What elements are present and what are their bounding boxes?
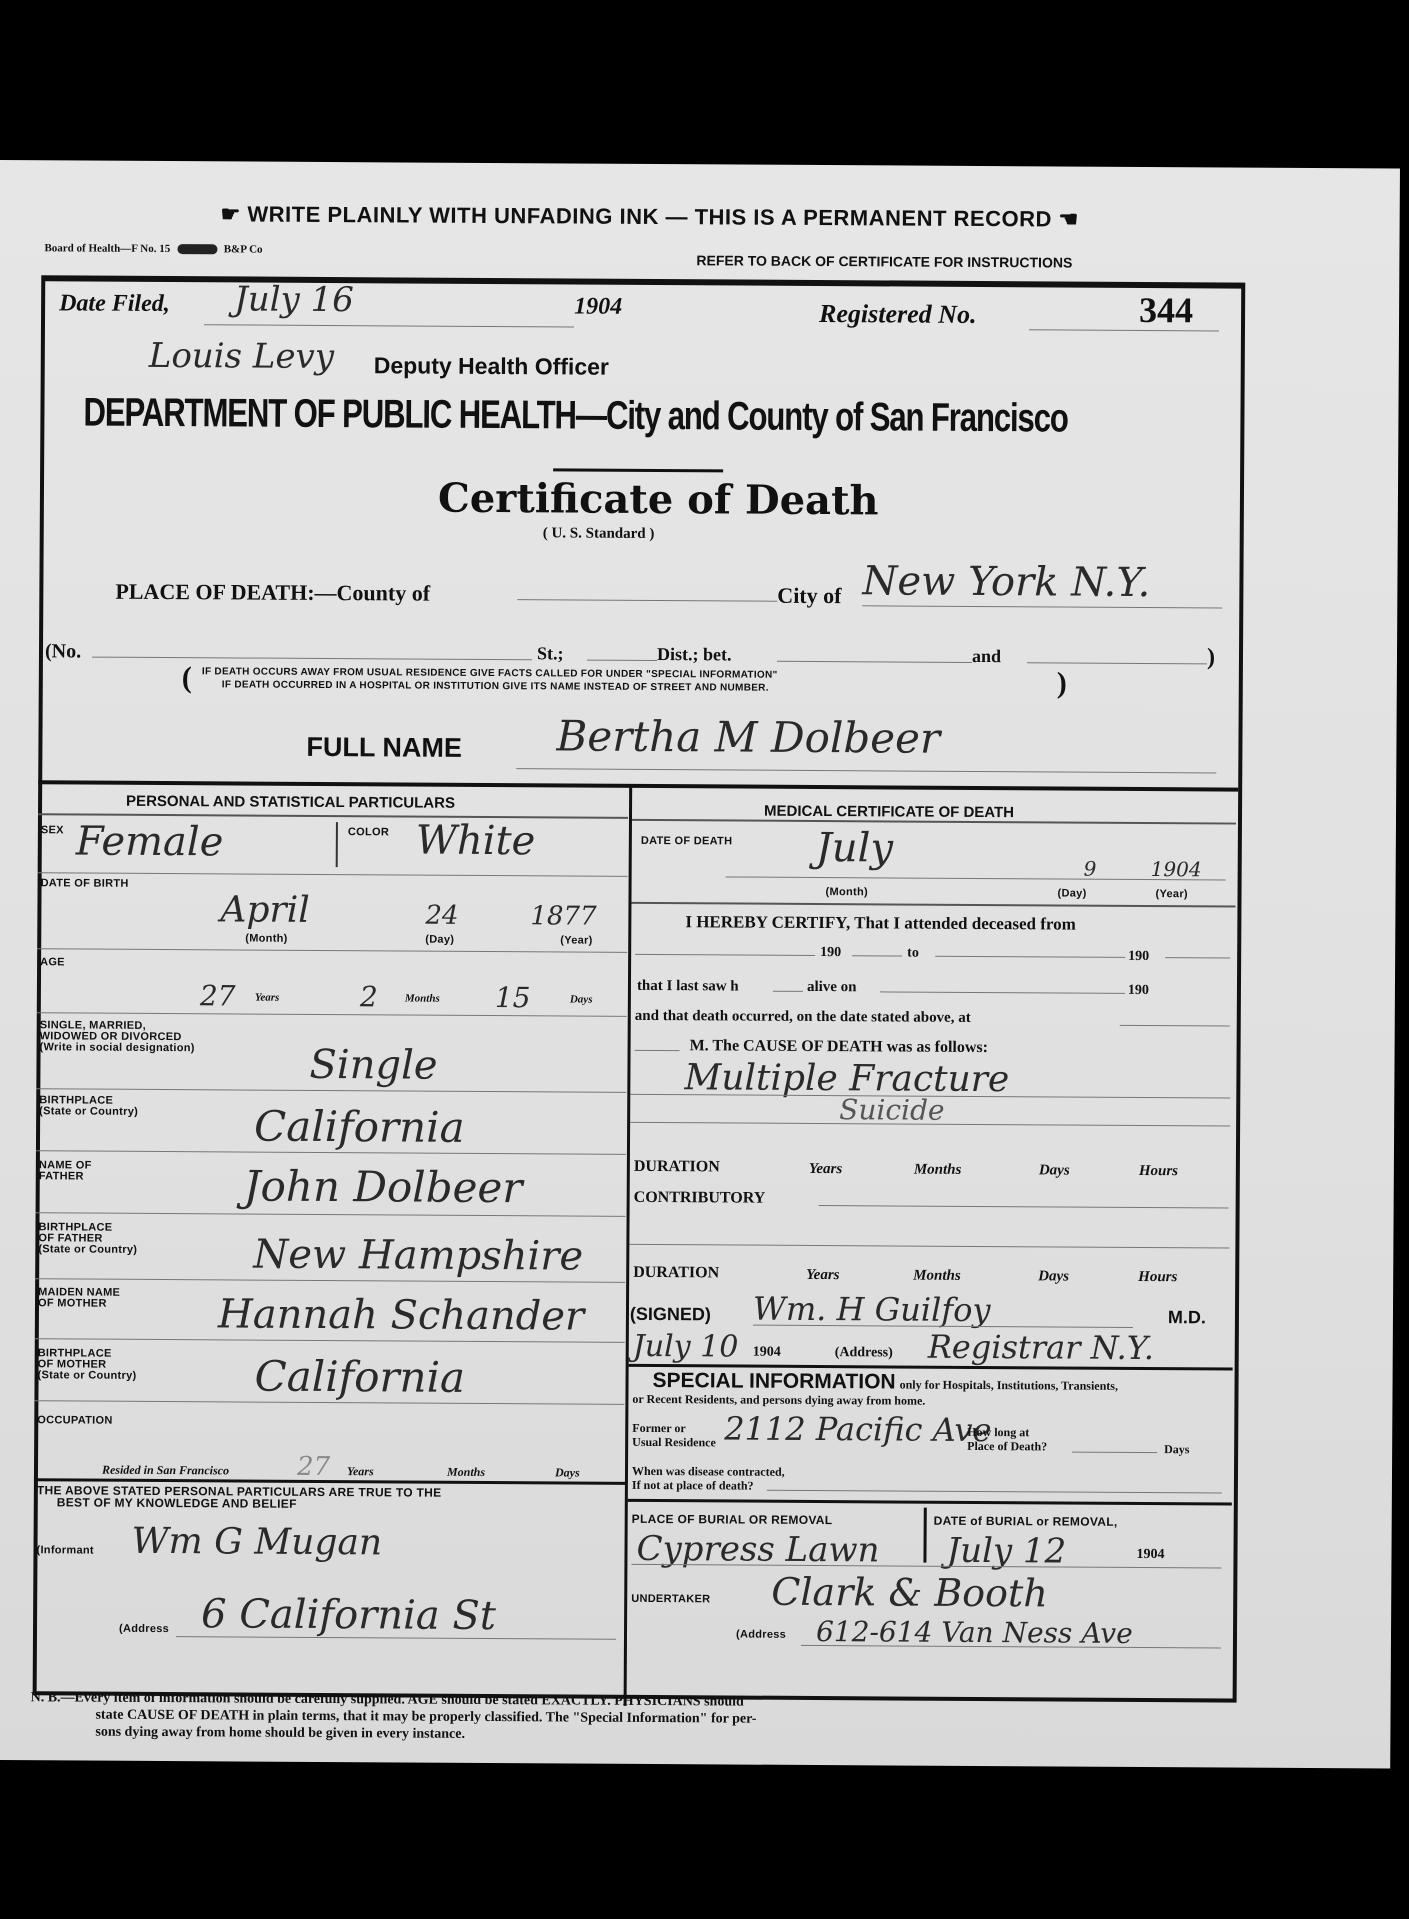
dob-month-caption: (Month) <box>245 934 287 945</box>
special-heading-note-2: or Recent Residents, and persons dying a… <box>632 1392 925 1409</box>
undertaker-address-label: (Address <box>736 1630 786 1641</box>
resided-label: Resided in San Francisco <box>102 1463 229 1479</box>
father-label-2: FATHER <box>39 1171 84 1182</box>
father-bp-label-3: (State or Country) <box>38 1244 137 1256</box>
registered-label: Registered No. <box>819 299 977 330</box>
officer-title: Deputy Health Officer <box>374 352 609 380</box>
undertaker-value: Clark & Booth <box>771 1570 1048 1616</box>
burial-date-label: DATE of BURIAL or REMOVAL, <box>934 1516 1118 1528</box>
dod-year: 1904 <box>1151 857 1202 881</box>
informant-value: Wm G Mugan <box>131 1521 382 1564</box>
how-long-days: Days <box>1164 1442 1189 1457</box>
dob-month: April <box>220 889 310 931</box>
paren-open: ( <box>182 661 192 695</box>
medical-address-label: (Address) <box>835 1345 893 1361</box>
cause-value-2: Suicide <box>839 1093 945 1127</box>
department-title: DEPARTMENT OF PUBLIC HEALTH—City and Cou… <box>83 391 1068 442</box>
burial-date-year: 1904 <box>1136 1547 1164 1563</box>
marital-label-3: (Write in social designation) <box>40 1042 195 1054</box>
medical-address-value: Registrar N.Y. <box>928 1328 1154 1367</box>
age-days: 15 <box>495 981 531 1014</box>
signed-year: 1904 <box>753 1345 781 1361</box>
duration-months-2: Months <box>913 1268 961 1285</box>
contracted-label-2: If not at place of death? <box>632 1478 754 1494</box>
resided-years-caption: Years <box>347 1464 374 1479</box>
dob-day-caption: (Day) <box>425 935 454 946</box>
printer-text: B&P Co <box>224 243 263 255</box>
sex-label: SEX <box>41 825 64 836</box>
resided-years: 27 <box>297 1452 330 1482</box>
age-days-caption: Days <box>570 993 593 1005</box>
duration-label-1: DURATION <box>634 1158 720 1177</box>
contributory-label: CONTRIBUTORY <box>634 1189 766 1208</box>
from-190: 190 <box>820 945 841 961</box>
mother-value: Hannah Schander <box>218 1291 584 1339</box>
duration-years-2: Years <box>806 1267 839 1284</box>
residence-label-1: Former or <box>632 1421 686 1436</box>
age-months: 2 <box>360 980 378 1013</box>
personal-heading: PERSONAL AND STATISTICAL PARTICULARS <box>126 793 455 812</box>
date-filed-label: Date Filed, <box>59 290 170 318</box>
officer-signature: Louis Levy <box>149 336 334 377</box>
death-certificate-paper: ☛ WRITE PLAINLY WITH UNFADING INK — THIS… <box>0 160 1400 1769</box>
paren-close-2: ) <box>1057 666 1067 700</box>
duration-hours-1: Hours <box>1139 1163 1178 1180</box>
city-label: City of <box>777 583 841 609</box>
occurred-text: and that death occurred, on the date sta… <box>635 1008 971 1027</box>
duration-months-1: Months <box>914 1162 962 1179</box>
form-number-text: Board of Health—F No. 15 <box>44 242 170 255</box>
city-value: New York N.Y. <box>862 558 1150 606</box>
how-long-label-2: Place of Death? <box>967 1439 1047 1454</box>
sex-value: Female <box>76 818 224 865</box>
dod-day: 9 <box>1084 857 1097 881</box>
dob-year-caption: (Year) <box>560 935 592 946</box>
color-label: COLOR <box>348 827 389 838</box>
resided-days-caption: Days <box>555 1465 580 1480</box>
resided-months-caption: Months <box>447 1465 485 1480</box>
informant-address-value: 6 California St <box>201 1591 496 1639</box>
signed-date: July 10 <box>633 1329 739 1365</box>
dod-year-caption: (Year) <box>1156 889 1188 900</box>
and-label: and <box>972 646 1001 667</box>
duration-hours-2: Hours <box>1138 1269 1177 1286</box>
refer-note: REFER TO BACK OF CERTIFICATE FOR INSTRUC… <box>696 252 1072 270</box>
dob-label: DATE OF BIRTH <box>41 878 129 890</box>
standard-label: ( U. S. Standard ) <box>543 525 655 543</box>
dod-month-caption: (Month) <box>826 887 868 898</box>
dod-day-caption: (Day) <box>1058 888 1087 899</box>
birthplace-label-2: (State or Country) <box>39 1106 138 1118</box>
age-months-caption: Months <box>405 992 440 1004</box>
undertaker-label: UNDERTAKER <box>631 1594 710 1605</box>
form-number: Board of Health—F No. 15 B&P Co <box>44 242 262 255</box>
place-of-death-label: PLACE OF DEATH:—County of <box>115 579 430 607</box>
banner-text: WRITE PLAINLY WITH UNFADING INK — THIS I… <box>247 202 1052 232</box>
informant-address-label: (Address <box>119 1624 169 1635</box>
address-no-label: (No. <box>45 640 81 663</box>
registered-number: 344 <box>1139 289 1193 331</box>
age-label: AGE <box>40 957 65 968</box>
dob-year: 1877 <box>530 901 596 931</box>
to-190: 190 <box>1128 949 1149 965</box>
informant-statement-2: BEST OF MY KNOWLEDGE AND BELIEF <box>57 1497 297 1509</box>
to-label: to <box>907 946 919 962</box>
alive-on-label: alive on <box>807 979 857 996</box>
certify-text: I HEREBY CERTIFY, That I attended deceas… <box>685 912 1076 934</box>
medical-heading: MEDICAL CERTIFICATE OF DEATH <box>764 803 1014 822</box>
dod-month: July <box>816 825 893 871</box>
informant-label: (Informant <box>36 1545 93 1556</box>
signed-label: (SIGNED) <box>630 1304 711 1325</box>
mother-bp-value: California <box>254 1352 465 1402</box>
district-label: Dist.; bet. <box>657 644 732 665</box>
pointing-hand-icon: ☚ <box>1052 206 1079 231</box>
certificate-title: Certificate of Death <box>438 475 879 525</box>
marital-value: Single <box>309 1042 437 1089</box>
pointing-hand-icon: ☛ <box>220 201 247 226</box>
duration-days-2: Days <box>1038 1268 1069 1285</box>
special-heading-note: only for Hospitals, Institutions, Transi… <box>900 1378 1118 1393</box>
age-years: 27 <box>200 979 236 1012</box>
signed-value: Wm. H Guilfoy <box>753 1290 991 1329</box>
residence-value: 2112 Pacific Ave <box>724 1409 991 1449</box>
footer-note-3: sons dying away from home should be give… <box>95 1725 465 1743</box>
duration-label-2: DURATION <box>633 1264 719 1283</box>
date-filed-year: 1904 <box>574 294 622 321</box>
header-banner: ☛ WRITE PLAINLY WITH UNFADING INK — THIS… <box>100 201 1200 234</box>
burial-place-label: PLACE OF BURIAL OR REMOVAL <box>632 1514 833 1526</box>
mother-label-2: OF MOTHER <box>38 1298 107 1309</box>
birthplace-value: California <box>254 1102 465 1152</box>
special-heading: SPECIAL INFORMATION <box>652 1369 895 1393</box>
duration-years-1: Years <box>809 1161 842 1178</box>
age-years-caption: Years <box>255 992 280 1004</box>
mother-bp-label-3: (State or Country) <box>38 1370 137 1382</box>
full-name-label: FULL NAME <box>306 732 462 764</box>
father-value: John Dolbeer <box>244 1162 523 1213</box>
father-bp-value: New Hampshire <box>253 1232 583 1280</box>
full-name-value: Bertha M Dolbeer <box>556 711 940 762</box>
md-label: M.D. <box>1168 1307 1206 1328</box>
dod-label: DATE OF DEATH <box>641 836 733 848</box>
date-filed-value: July 16 <box>234 279 354 320</box>
paren-close: ) <box>1207 644 1215 671</box>
street-label: St.; <box>537 643 564 664</box>
union-label-icon <box>177 245 217 255</box>
alive-190: 190 <box>1128 983 1149 999</box>
occupation-label: OCCUPATION <box>37 1415 112 1426</box>
dob-day: 24 <box>425 901 458 931</box>
duration-days-1: Days <box>1039 1162 1070 1179</box>
last-saw-text: that I last saw h <box>637 978 739 996</box>
color-value: White <box>416 818 536 865</box>
cause-text: M. The CAUSE OF DEATH was as follows: <box>690 1037 988 1057</box>
residence-label-2: Usual Residence <box>632 1435 716 1451</box>
